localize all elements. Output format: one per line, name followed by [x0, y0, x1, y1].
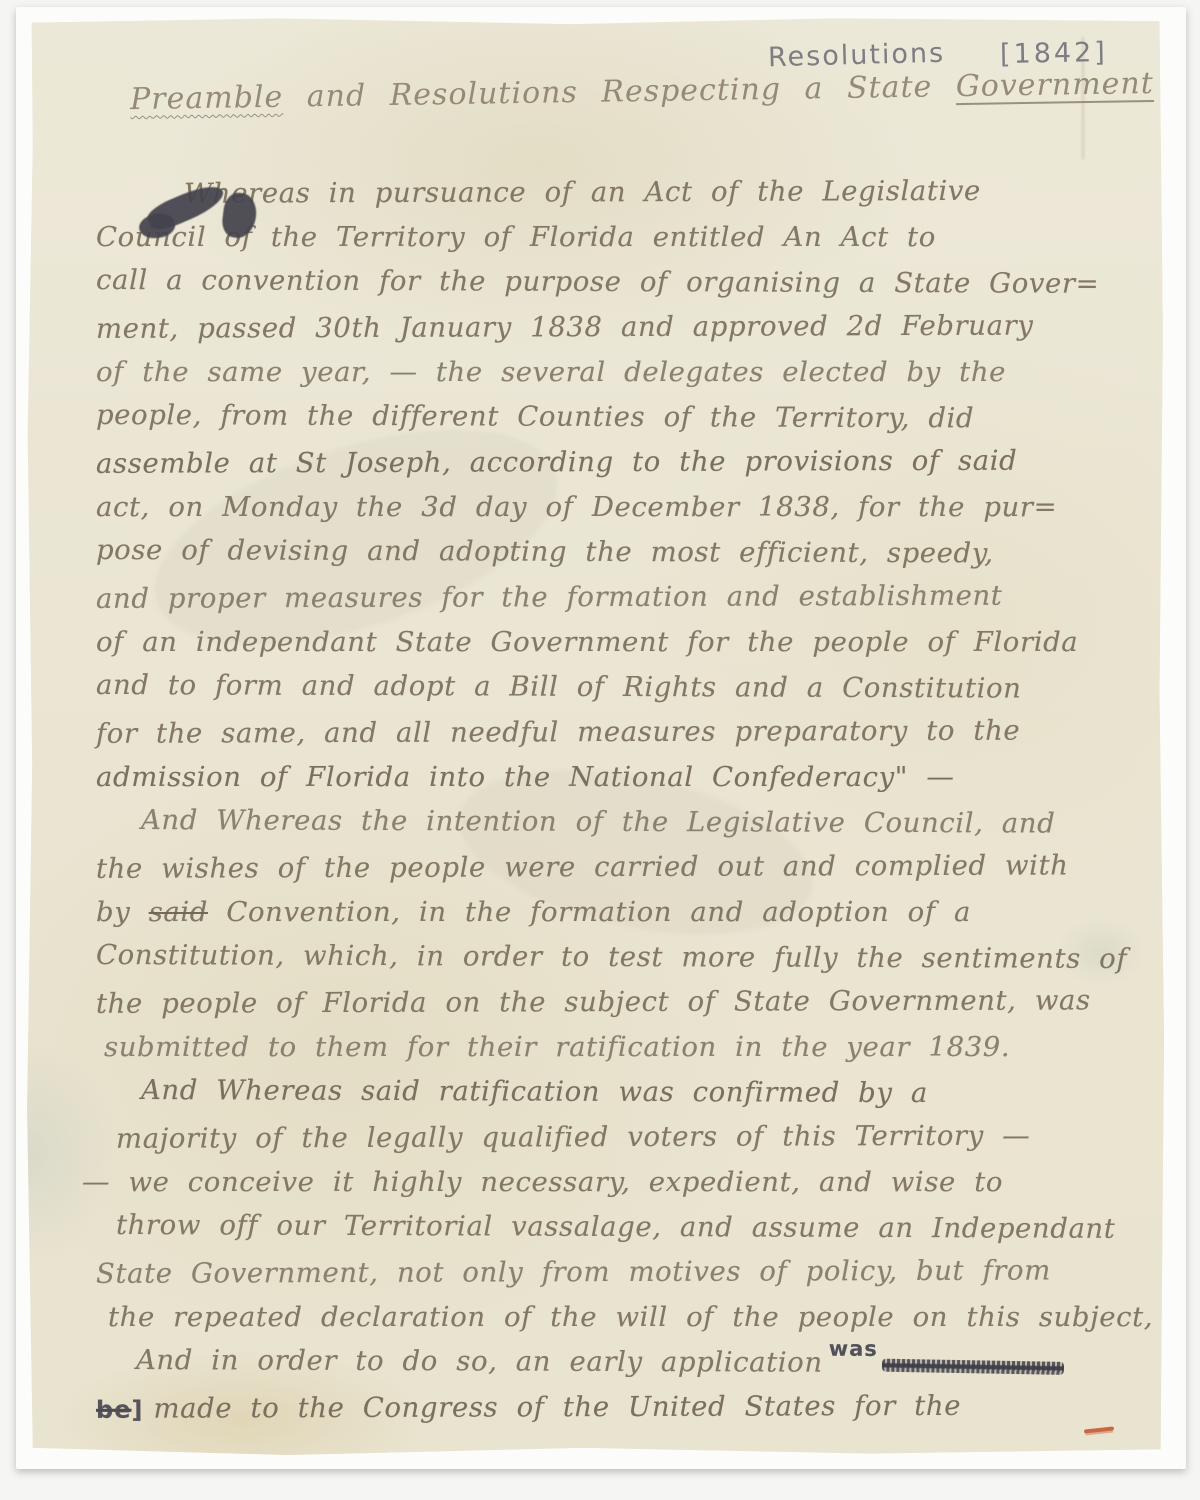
- scan-background: { "annotations": { "header_label": "Reso…: [0, 0, 1200, 1500]
- manuscript-line: the wishes of the people were carried ou…: [96, 843, 1151, 892]
- manuscript-line: Whereas in pursuance of an Act of the Le…: [184, 168, 1151, 216]
- inserted-word-was: was: [829, 1337, 878, 1361]
- manuscript-line: the repeated declaration of the will of …: [108, 1295, 1151, 1340]
- manuscript-line: call a convention for the purpose of org…: [96, 258, 1151, 307]
- margin-pencil-note: be]: [96, 1396, 144, 1424]
- manuscript-line: the people of Florida on the subject of …: [96, 978, 1151, 1027]
- manuscript-line: submitted to them for their ratification…: [104, 1025, 1151, 1070]
- line-text: made to the Congress of the United State…: [153, 1390, 961, 1425]
- manuscript-line: pose of devising and adopting the most e…: [96, 528, 1151, 577]
- manuscript-line: majority of the legally qualified voters…: [116, 1113, 1151, 1162]
- manuscript-line: And in order to do so, an early applicat…: [136, 1338, 1151, 1387]
- manuscript-line: And Whereas the intention of the Legisla…: [141, 798, 1151, 847]
- manuscript-line: — we conceive it highly necessary, exped…: [82, 1160, 1151, 1205]
- manuscript-line: act, on Monday the 3d day of December 18…: [96, 485, 1151, 530]
- manuscript-line: And Whereas said ratification was confir…: [141, 1068, 1151, 1117]
- title-word-preamble: Preamble: [130, 80, 284, 117]
- manuscript-line: throw off our Territorial vassalage, and…: [116, 1203, 1151, 1252]
- struck-word-said: said: [149, 896, 208, 928]
- pencil-archival-label: Resolutions: [768, 38, 946, 74]
- manuscript-line: ment, passed 30th January 1838 and appro…: [96, 303, 1151, 352]
- manuscript-line: of an independant State Government for t…: [96, 620, 1151, 665]
- line-text: by: [96, 896, 130, 928]
- manuscript-line: by said Convention, in the formation and…: [96, 890, 1151, 935]
- manuscript-line: for the same, and all needful measures p…: [96, 708, 1151, 757]
- margin-pencil-bracket: ]: [131, 1396, 143, 1424]
- manuscript-line: admission of Florida into the National C…: [96, 755, 1151, 800]
- margin-pencil-word: be: [96, 1396, 132, 1424]
- manuscript-line: people, from the different Counties of t…: [96, 393, 1151, 442]
- manuscript-line: State Government, not only from motives …: [96, 1248, 1151, 1297]
- scribble-strikeout: [882, 1359, 1064, 1375]
- manuscript-line: and proper measures for the formation an…: [96, 573, 1151, 622]
- line-text: Convention, in the formation and adoptio…: [226, 896, 971, 928]
- manuscript-line: assemble at St Joseph, according to the …: [96, 438, 1151, 487]
- pencil-year-label: [1842]: [1000, 37, 1108, 70]
- manuscript-line: Constitution, which, in order to test mo…: [96, 933, 1151, 982]
- manuscript-line: and to form and adopt a Bill of Rights a…: [96, 663, 1151, 712]
- manuscript-line: be]made to the Congress of the United St…: [96, 1383, 1151, 1432]
- manuscript-line: of the same year, — the several delegate…: [96, 350, 1151, 395]
- title-word-government: Government: [956, 66, 1154, 104]
- line-text: And in order to do so, an early applicat…: [136, 1344, 823, 1379]
- manuscript-body: Whereas in pursuance of an Act of the Le…: [96, 170, 1151, 1430]
